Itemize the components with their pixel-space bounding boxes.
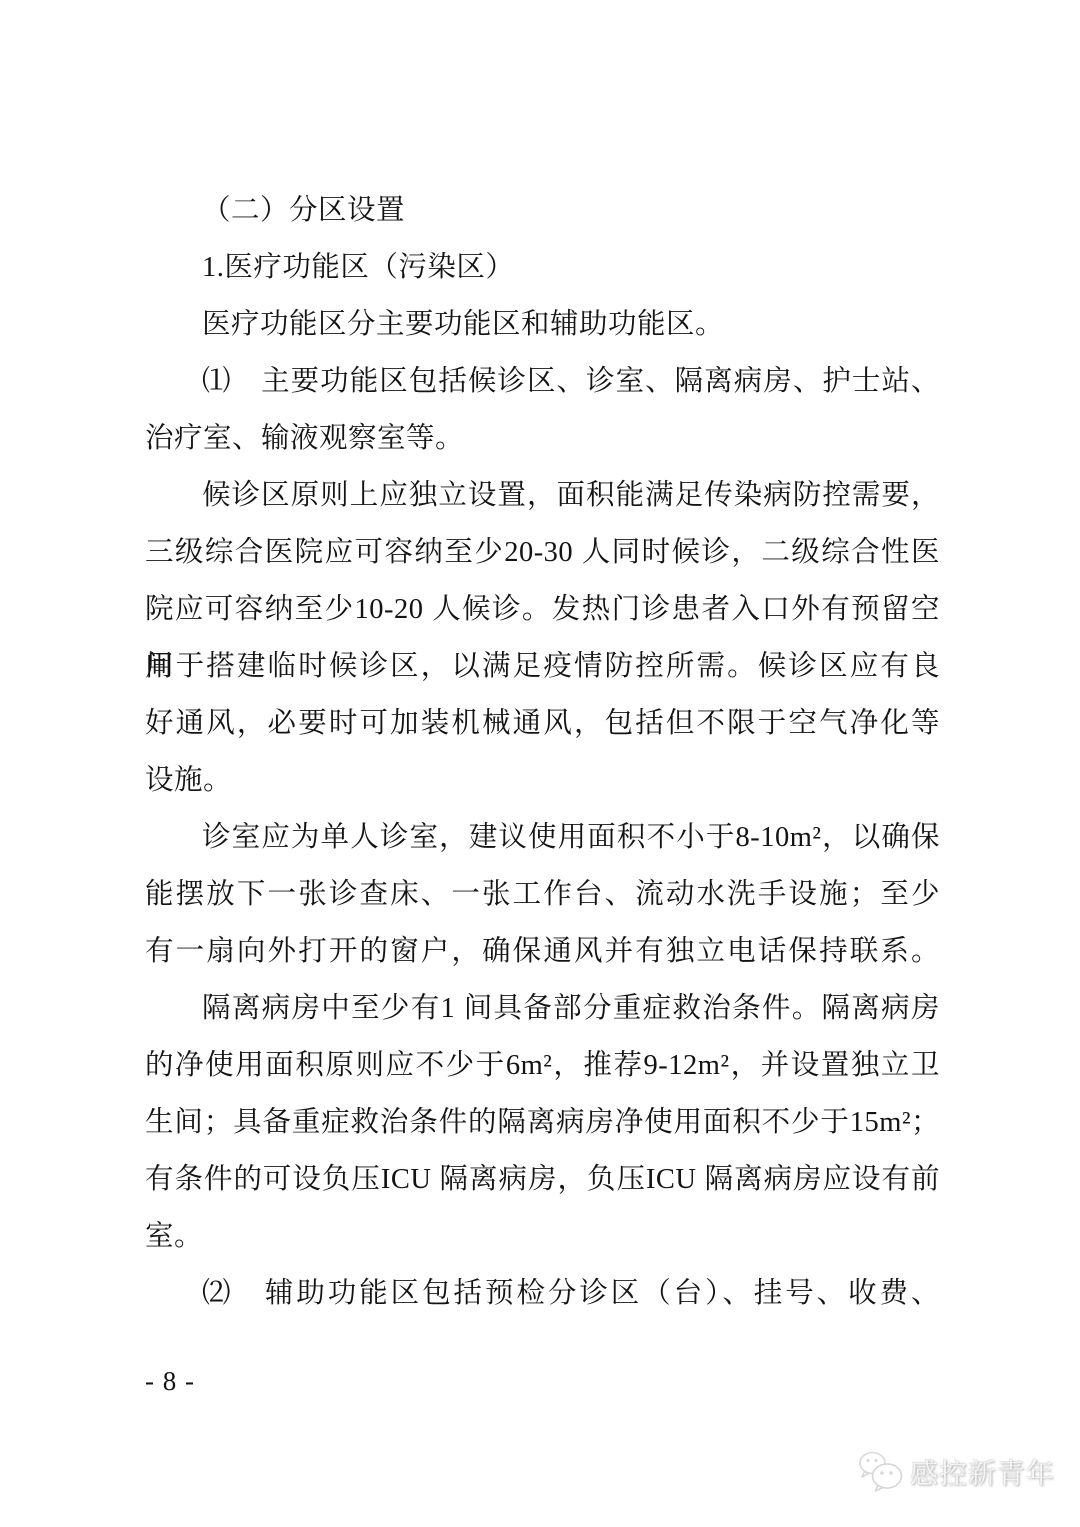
body-line-item-1-start: ⑴ 主要功能区包括候诊区、诊室、隔离病房、护士站、 (145, 353, 940, 410)
section-heading: （二）分区设置 (145, 182, 940, 239)
wechat-icon (858, 1450, 904, 1494)
body-line: 候诊区原则上应独立设置，面积能满足传染病防控需要， (145, 467, 940, 524)
body-line: 院应可容纳至少10-20 人候诊。发热门诊患者入口外有预留空间 (145, 581, 940, 638)
body-line-item-2-start: ⑵ 辅助功能区包括预检分诊区（台）、挂号、收费、 (145, 1265, 940, 1322)
page-number: - 8 - (145, 1362, 195, 1400)
watermark: 感控新青年 (858, 1450, 1055, 1494)
body-line: 的净使用面积原则应不少于6m²，推荐9-12m²，并设置独立卫 (145, 1037, 940, 1094)
body-line: 三级综合医院应可容纳至少20-30 人同时候诊，二级综合性医 (145, 524, 940, 581)
body-line: 好通风，必要时可加装机械通风，包括但不限于空气净化等 (145, 695, 940, 752)
body-line: 能摆放下一张诊查床、一张工作台、流动水洗手设施；至少 (145, 866, 940, 923)
body-line: 室。 (145, 1208, 940, 1265)
document-body: （二）分区设置 1.医疗功能区（污染区） 医疗功能区分主要功能区和辅助功能区。 … (145, 182, 940, 1322)
body-line: 设施。 (145, 752, 940, 809)
body-line: 隔离病房中至少有1 间具备部分重症救治条件。隔离病房 (145, 980, 940, 1037)
body-line: 用于搭建临时候诊区，以满足疫情防控所需。候诊区应有良 (145, 638, 940, 695)
subsection-heading: 1.医疗功能区（污染区） (145, 239, 940, 296)
body-line: 医疗功能区分主要功能区和辅助功能区。 (145, 296, 940, 353)
body-line: 诊室应为单人诊室，建议使用面积不小于8-10m²，以确保 (145, 809, 940, 866)
body-line: 有条件的可设负压ICU 隔离病房，负压ICU 隔离病房应设有前 (145, 1151, 940, 1208)
body-line: 生间；具备重症救治条件的隔离病房净使用面积不少于15m²； (145, 1094, 940, 1151)
watermark-label: 感控新青年 (910, 1452, 1055, 1492)
body-line: 治疗室、输液观察室等。 (145, 410, 940, 467)
document-page: （二）分区设置 1.医疗功能区（污染区） 医疗功能区分主要功能区和辅助功能区。 … (0, 0, 1080, 1527)
body-line: 有一扇向外打开的窗户，确保通风并有独立电话保持联系。 (145, 923, 940, 980)
